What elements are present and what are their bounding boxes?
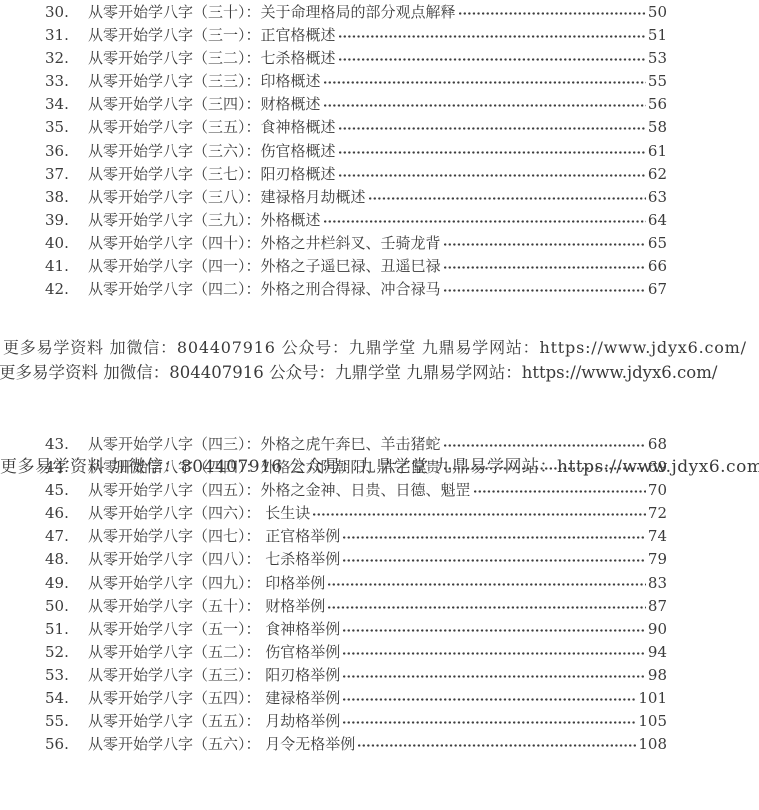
- toc-entry: 54. 从零开始学八字（五四）： 建禄格举例 101: [0, 687, 759, 710]
- toc-entry-page: 108: [638, 733, 667, 756]
- toc-entry-page: 79: [648, 548, 667, 571]
- toc-section-upper: 30. 从零开始学八字（三十）：关于命理格局的部分观点解释 50 31. 从零开…: [0, 1, 759, 301]
- toc-entry-title: 从零开始学八字（五十）： 财格举例: [88, 595, 325, 618]
- toc-entry: 48. 从零开始学八字（四八）： 七杀格举例 79: [0, 548, 759, 571]
- toc-entry-number: 34.: [45, 93, 88, 116]
- watermark-line-3-overlapping: 更多易学资料 加微信：804407916 公众号：九鼎学堂 九鼎易学网站：htt…: [0, 457, 759, 478]
- toc-entry: 52. 从零开始学八字（五二）： 伤官格举例 94: [0, 641, 759, 664]
- toc-entry-title: 从零开始学八字（五五）： 月劫格举例: [88, 710, 340, 733]
- toc-entry-number: 38.: [45, 186, 88, 209]
- toc-entry-title: 从零开始学八字（三十）：关于命理格局的部分观点解释: [88, 1, 456, 24]
- toc-entry-page: 62: [648, 163, 667, 186]
- toc-entry-title: 从零开始学八字（五四）： 建禄格举例: [88, 687, 340, 710]
- toc-entry-number: 39.: [45, 209, 88, 232]
- toc-entry-number: 56.: [45, 733, 88, 756]
- toc-entry: 32. 从零开始学八字（三二）：七杀格概述 53: [0, 47, 759, 70]
- toc-entry-page: 58: [648, 116, 667, 139]
- toc-entry-number: 54.: [45, 687, 88, 710]
- watermark-line-1: 更多易学资料 加微信：804407916 公众号：九鼎学堂 九鼎易学网站：htt…: [3, 337, 747, 358]
- toc-entry-page: 101: [638, 687, 667, 710]
- toc-entry-page: 90: [648, 618, 667, 641]
- toc-entry-page: 50: [648, 1, 667, 24]
- toc-entry: 46. 从零开始学八字（四六）： 长生诀 72: [0, 502, 759, 525]
- toc-entry-number: 31.: [45, 24, 88, 47]
- toc-entry-title: 从零开始学八字（四十）：外格之井栏斜叉、壬骑龙背: [88, 232, 441, 255]
- toc-section-lower: 43. 从零开始学八字（四三）：外格之虎午奔巳、羊击猪蛇 68 44. 从零开始…: [0, 433, 759, 756]
- toc-entry: 35. 从零开始学八字（三五）：食神格概述 58: [0, 116, 759, 139]
- toc-entry-number: 43.: [45, 433, 88, 456]
- toc-entry: 50. 从零开始学八字（五十）： 财格举例 87: [0, 595, 759, 618]
- toc-entry-number: 41.: [45, 255, 88, 278]
- toc-entry-number: 47.: [45, 525, 88, 548]
- toc-entry: 41. 从零开始学八字（四一）：外格之子遥巳禄、丑遥巳禄 66: [0, 255, 759, 278]
- toc-entry-number: 33.: [45, 70, 88, 93]
- toc-entry-page: 74: [648, 525, 667, 548]
- toc-entry-number: 30.: [45, 1, 88, 24]
- toc-entry-title: 从零开始学八字（四六）： 长生诀: [88, 502, 310, 525]
- toc-entry: 36. 从零开始学八字（三六）：伤官格概述 61: [0, 140, 759, 163]
- toc-entry-title: 从零开始学八字（三三）：印格概述: [88, 70, 321, 93]
- toc-entry: 30. 从零开始学八字（三十）：关于命理格局的部分观点解释 50: [0, 1, 759, 24]
- toc-entry: 56. 从零开始学八字（五六）： 月令无格举例 108: [0, 733, 759, 756]
- toc-entry-page: 51: [648, 24, 667, 47]
- toc-entry-page: 83: [648, 572, 667, 595]
- toc-entry-title: 从零开始学八字（四九）： 印格举例: [88, 572, 325, 595]
- toc-entry: 49. 从零开始学八字（四九）： 印格举例 83: [0, 572, 759, 595]
- toc-entry-title: 从零开始学八字（三九）：外格概述: [88, 209, 321, 232]
- toc-entry-title: 从零开始学八字（五二）： 伤官格举例: [88, 641, 340, 664]
- toc-entry-number: 46.: [45, 502, 88, 525]
- toc-entry-title: 从零开始学八字（三一）：正官格概述: [88, 24, 336, 47]
- toc-entry: 55. 从零开始学八字（五五）： 月劫格举例 105: [0, 710, 759, 733]
- toc-entry-number: 40.: [45, 232, 88, 255]
- toc-entry-page: 56: [648, 93, 667, 116]
- toc-entry-title: 从零开始学八字（四七）： 正官格举例: [88, 525, 340, 548]
- toc-entry-title: 从零开始学八字（五三）： 阳刃格举例: [88, 664, 340, 687]
- toc-entry-page: 63: [648, 186, 667, 209]
- toc-entry-title: 从零开始学八字（四二）：外格之刑合得禄、冲合禄马: [88, 278, 441, 301]
- toc-entry-number: 50.: [45, 595, 88, 618]
- toc-entry-title: 从零开始学八字（五六）： 月令无格举例: [88, 733, 355, 756]
- watermark-line-2: 更多易学资料 加微信：804407916 公众号：九鼎学堂 九鼎易学网站：htt…: [0, 362, 717, 383]
- toc-entry-number: 49.: [45, 572, 88, 595]
- toc-entry-title: 从零开始学八字（三五）：食神格概述: [88, 116, 336, 139]
- toc-entry-page: 87: [648, 595, 667, 618]
- toc-entry-page: 64: [648, 209, 667, 232]
- toc-entry: 34. 从零开始学八字（三四）：财格概述 56: [0, 93, 759, 116]
- toc-entry-title: 从零开始学八字（四一）：外格之子遥巳禄、丑遥巳禄: [88, 255, 441, 278]
- toc-entry-title: 从零开始学八字（三七）：阳刃格概述: [88, 163, 336, 186]
- toc-entry-title: 从零开始学八字（四三）：外格之虎午奔巳、羊击猪蛇: [88, 433, 441, 456]
- toc-entry: 37. 从零开始学八字（三七）：阳刃格概述 62: [0, 163, 759, 186]
- toc-entry-page: 72: [648, 502, 667, 525]
- toc-entry-number: 55.: [45, 710, 88, 733]
- toc-entry-page: 65: [648, 232, 667, 255]
- toc-entry-number: 37.: [45, 163, 88, 186]
- toc-entry-number: 32.: [45, 47, 88, 70]
- toc-entry-number: 52.: [45, 641, 88, 664]
- toc-entry-number: 45.: [45, 479, 88, 502]
- toc-entry-title: 从零开始学八字（三六）：伤官格概述: [88, 140, 336, 163]
- toc-entry-number: 36.: [45, 140, 88, 163]
- toc-entry: 38. 从零开始学八字（三八）：建禄格月劫概述 63: [0, 186, 759, 209]
- toc-entry: 53. 从零开始学八字（五三）： 阳刃格举例 98: [0, 664, 759, 687]
- toc-entry-title: 从零开始学八字（三八）：建禄格月劫概述: [88, 186, 366, 209]
- toc-entry-page: 55: [648, 70, 667, 93]
- toc-entry: 39. 从零开始学八字（三九）：外格概述 64: [0, 209, 759, 232]
- toc-entry-title: 从零开始学八字（五一）： 食神格举例: [88, 618, 340, 641]
- toc-entry-number: 48.: [45, 548, 88, 571]
- toc-entry: 33. 从零开始学八字（三三）：印格概述 55: [0, 70, 759, 93]
- toc-entry-title: 从零开始学八字（三二）：七杀格概述: [88, 47, 336, 70]
- toc-entry-number: 51.: [45, 618, 88, 641]
- toc-entry-page: 68: [648, 433, 667, 456]
- toc-entry-page: 98: [648, 664, 667, 687]
- toc-entry: 31. 从零开始学八字（三一）：正官格概述 51: [0, 24, 759, 47]
- toc-entry-title: 从零开始学八字（四八）： 七杀格举例: [88, 548, 340, 571]
- toc-entry-page: 67: [648, 278, 667, 301]
- toc-entry-page: 66: [648, 255, 667, 278]
- toc-entry: 45. 从零开始学八字（四五）：外格之金神、日贵、日德、魁罡 70: [0, 479, 759, 502]
- toc-entry: 47. 从零开始学八字（四七）： 正官格举例 74: [0, 525, 759, 548]
- toc-entry-page: 105: [638, 710, 667, 733]
- toc-entry-number: 35.: [45, 116, 88, 139]
- toc-entry-title: 从零开始学八字（四五）：外格之金神、日贵、日德、魁罡: [88, 479, 471, 502]
- toc-entry-page: 53: [648, 47, 667, 70]
- toc-entry: 43. 从零开始学八字（四三）：外格之虎午奔巳、羊击猪蛇 68: [0, 433, 759, 456]
- toc-entry-page: 94: [648, 641, 667, 664]
- toc-entry-number: 53.: [45, 664, 88, 687]
- toc-entry: 40. 从零开始学八字（四十）：外格之井栏斜叉、壬骑龙背 65: [0, 232, 759, 255]
- toc-entry-page: 61: [648, 140, 667, 163]
- toc-entry: 42. 从零开始学八字（四二）：外格之刑合得禄、冲合禄马 67: [0, 278, 759, 301]
- toc-entry: 51. 从零开始学八字（五一）： 食神格举例 90: [0, 618, 759, 641]
- toc-entry-number: 42.: [45, 278, 88, 301]
- toc-entry-title: 从零开始学八字（三四）：财格概述: [88, 93, 321, 116]
- toc-entry-page: 70: [648, 479, 667, 502]
- document-page: { "page": { "background": "#ffffff", "te…: [0, 0, 759, 810]
